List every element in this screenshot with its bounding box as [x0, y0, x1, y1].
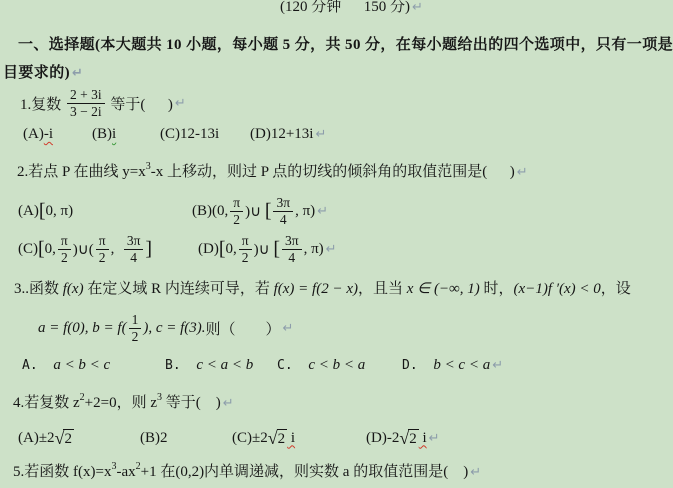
- text-run: , π): [304, 241, 324, 258]
- bracket: [: [39, 201, 46, 221]
- radicand: 2: [277, 429, 288, 448]
- question-1-option-a: (A)-i: [23, 126, 53, 143]
- text-run: 5.若函数 f(x)=x: [13, 464, 111, 480]
- question-2-option-c: (C)[0,π2)∪(π2, 3π4]: [18, 230, 152, 268]
- fraction-numerator: 2 + 3i: [67, 87, 105, 104]
- question-2-options-row-2: (C)[0,π2)∪(π2, 3π4] (D)[0,π2)∪ [3π4, π)↵: [0, 230, 673, 268]
- option-label: D.: [402, 358, 433, 373]
- question-4-option-c: (C)±2√2 i: [232, 424, 295, 452]
- misspelled-word: i: [419, 430, 427, 447]
- heading-text: 目要求的): [3, 65, 70, 81]
- question-3-option-d: D. b < c < a↵: [402, 357, 503, 374]
- bracket: [: [38, 239, 45, 259]
- superscript: 3: [146, 161, 151, 172]
- question-4-option-a: (A)±2√2: [18, 424, 74, 452]
- bracket: ]: [145, 239, 152, 259]
- question-2-option-a: (A)[0, π): [18, 192, 73, 230]
- paragraph-mark: ↵: [283, 321, 294, 336]
- math-run: ), c = f(3).: [143, 320, 205, 337]
- superscript: 2: [80, 392, 85, 403]
- question-4-option-b: (B)2: [140, 424, 168, 452]
- question-3-option-a: A. a < b < c: [22, 357, 110, 374]
- math-run: a < b < c: [53, 357, 110, 374]
- text-run: +1 在(0,2)内单调递减，则实数 a 的取值范围是( ): [141, 464, 469, 480]
- fraction: 12: [129, 312, 142, 344]
- text-run: -ax: [116, 464, 135, 480]
- math-run: b < c < a: [433, 357, 490, 374]
- text-run: 1.复数: [20, 93, 65, 114]
- text-run: (C)12-13i: [160, 126, 219, 143]
- fraction-numerator: 1: [129, 312, 142, 329]
- text-run: 在定义域 R 内连续可导，若: [84, 281, 274, 297]
- fraction-numerator: π: [58, 233, 71, 250]
- paragraph-mark: ↵: [315, 127, 326, 142]
- option-label: C.: [277, 358, 308, 373]
- fraction: 3π4: [124, 233, 144, 265]
- paragraph-mark: ↵: [317, 204, 328, 219]
- question-5-stem: 5.若函数 f(x)=x3-ax2+1 在(0,2)内单调递减，则实数 a 的取…: [13, 460, 481, 481]
- section-heading-line-1: 一、选择题(本大题共 10 小题，每小题 5 分，共 50 分，在每小题给出的四…: [18, 33, 673, 54]
- question-1-option-b: (B)i: [92, 126, 116, 143]
- text-run: , π): [295, 203, 315, 220]
- fraction-denominator: 4: [285, 250, 298, 266]
- radical: √2: [268, 429, 287, 448]
- text-run: )∪(: [73, 240, 94, 259]
- superscript: 3: [111, 461, 116, 472]
- text-run: (C): [18, 241, 38, 258]
- text-run: 等于( ): [162, 395, 221, 411]
- text-run: 0, π): [46, 203, 74, 220]
- math-run: c < a < b: [196, 357, 253, 374]
- question-2-options-row-1: (A)[0, π) (B)(0,π2)∪ [3π4, π)↵: [0, 192, 673, 230]
- text-run: +2=0，则 z: [85, 395, 157, 411]
- text-run: 时，: [480, 281, 514, 297]
- text-run: (D): [198, 241, 219, 258]
- text-run: (A)±2: [18, 430, 55, 447]
- paragraph-mark: ↵: [470, 465, 481, 480]
- question-4-stem: 4.若复数 z2+2=0，则 z3 等于( )↵: [13, 391, 234, 412]
- radicand: 2: [408, 429, 419, 448]
- text-run: (D)12+13i: [250, 126, 313, 143]
- question-2-option-b: (B)(0,π2)∪ [3π4, π)↵: [192, 192, 328, 230]
- fraction: 2 + 3i3 − 2i: [67, 87, 105, 119]
- fraction: π2: [58, 233, 71, 265]
- radicand: 2: [63, 429, 74, 448]
- fraction-numerator: 3π: [282, 233, 302, 250]
- fraction: π2: [239, 233, 252, 265]
- bracket: [: [273, 239, 280, 259]
- paragraph-mark: ↵: [72, 66, 83, 81]
- option-label: A.: [22, 358, 53, 373]
- paragraph-mark: ↵: [223, 396, 234, 411]
- question-4-option-d: (D)-2√2 i↵: [366, 424, 440, 452]
- text-run: (B)2: [140, 430, 168, 447]
- bracket: [: [219, 239, 226, 259]
- fraction: 3π4: [282, 233, 302, 265]
- fraction-numerator: 3π: [273, 195, 293, 212]
- math-run: a = f(0), b = f(: [38, 320, 127, 337]
- question-3-option-b: B. c < a < b: [165, 357, 253, 374]
- math-run: (x−1)f ′(x) < 0: [514, 281, 601, 297]
- score-text: (120 分钟 150 分): [280, 0, 410, 15]
- text-run: 2.若点 P 在曲线 y=x: [17, 164, 146, 180]
- text-run: )∪: [254, 240, 274, 259]
- fraction: π2: [96, 233, 109, 265]
- fraction-denominator: 2: [96, 250, 109, 266]
- text-run: 4.若复数 z: [13, 395, 80, 411]
- text-run: 0,: [45, 241, 56, 258]
- fraction-denominator: 4: [127, 250, 140, 266]
- math-run: x ∈ (−∞, 1): [407, 281, 480, 297]
- misspelled-word: -i: [44, 126, 53, 143]
- bracket: [: [265, 201, 272, 221]
- text-run: -x 上移动，则过 P 点的切线的倾斜角的取值范围是( ): [151, 164, 515, 180]
- exam-document-page: (120 分钟 150 分)↵ 一、选择题(本大题共 10 小题，每小题 5 分…: [0, 0, 673, 488]
- radical: √2: [399, 429, 418, 448]
- fraction-numerator: 3π: [124, 233, 144, 250]
- section-heading-line-2: 目要求的)↵: [3, 61, 83, 82]
- question-2-stem: 2.若点 P 在曲线 y=x3-x 上移动，则过 P 点的切线的倾斜角的取值范围…: [17, 160, 528, 181]
- math-run: f(x): [63, 281, 84, 297]
- header-score-line: (120 分钟 150 分)↵: [30, 0, 673, 16]
- question-4-options: (A)±2√2 (B)2 (C)±2√2 i (D)-2√2 i↵: [0, 424, 673, 452]
- question-3-option-c: C. c < b < a: [277, 357, 365, 374]
- text-run: 则（ ）: [206, 318, 281, 339]
- paragraph-mark: ↵: [326, 242, 337, 257]
- option-label: B.: [165, 358, 196, 373]
- text-run: 等于( ): [107, 93, 173, 114]
- fraction-denominator: 2: [239, 250, 252, 266]
- superscript: 3: [157, 392, 162, 403]
- fraction-denominator: 2: [129, 329, 142, 345]
- paragraph-mark: ↵: [517, 165, 528, 180]
- text-run: ，设: [601, 281, 631, 297]
- fraction-numerator: π: [239, 233, 252, 250]
- text-run: (A): [18, 203, 39, 220]
- misspelled-word: i: [112, 126, 116, 143]
- paragraph-mark: ↵: [175, 96, 186, 111]
- text-run: )∪: [245, 202, 265, 221]
- fraction-numerator: π: [230, 195, 243, 212]
- text-run: (D)-2: [366, 430, 399, 447]
- text-run: (B): [92, 126, 112, 143]
- math-run: f(x) = f(2 − x): [274, 281, 358, 297]
- misspelled-word: i: [287, 430, 295, 447]
- question-3-stem-line-1: 3..函数 f(x) 在定义域 R 内连续可导，若 f(x) = f(2 − x…: [14, 277, 631, 298]
- paragraph-mark: ↵: [412, 0, 423, 15]
- heading-text: 一、选择题(本大题共 10 小题，每小题 5 分，共 50 分，在每小题给出的四…: [18, 37, 673, 53]
- fraction-denominator: 3 − 2i: [67, 104, 105, 120]
- question-1-stem: 1.复数 2 + 3i3 − 2i 等于( )↵: [20, 85, 186, 121]
- text-run: (C)±2: [232, 430, 268, 447]
- fraction: 3π4: [273, 195, 293, 227]
- fraction-denominator: 2: [230, 212, 243, 228]
- question-1-option-d: (D)12+13i↵: [250, 126, 326, 143]
- superscript: 2: [136, 461, 141, 472]
- fraction-numerator: π: [96, 233, 109, 250]
- text-run: ，且当: [358, 281, 407, 297]
- paragraph-mark: ↵: [429, 431, 440, 446]
- text-run: (B)(0,: [192, 203, 228, 220]
- question-3-stem-line-2: a = f(0), b = f(12), c = f(3).则（ ）↵: [38, 308, 293, 348]
- question-1-option-c: (C)12-13i: [160, 126, 219, 143]
- radical: √2: [55, 429, 74, 448]
- text-run: (A): [23, 126, 44, 143]
- question-2-option-d: (D)[0,π2)∪ [3π4, π)↵: [198, 230, 337, 268]
- math-run: c < b < a: [308, 357, 365, 374]
- fraction-denominator: 2: [58, 250, 71, 266]
- text-run: 3..函数: [14, 281, 63, 297]
- text-run: 0,: [226, 241, 237, 258]
- paragraph-mark: ↵: [492, 358, 503, 373]
- fraction: π2: [230, 195, 243, 227]
- fraction-denominator: 4: [277, 212, 290, 228]
- text-run: ,: [111, 241, 122, 258]
